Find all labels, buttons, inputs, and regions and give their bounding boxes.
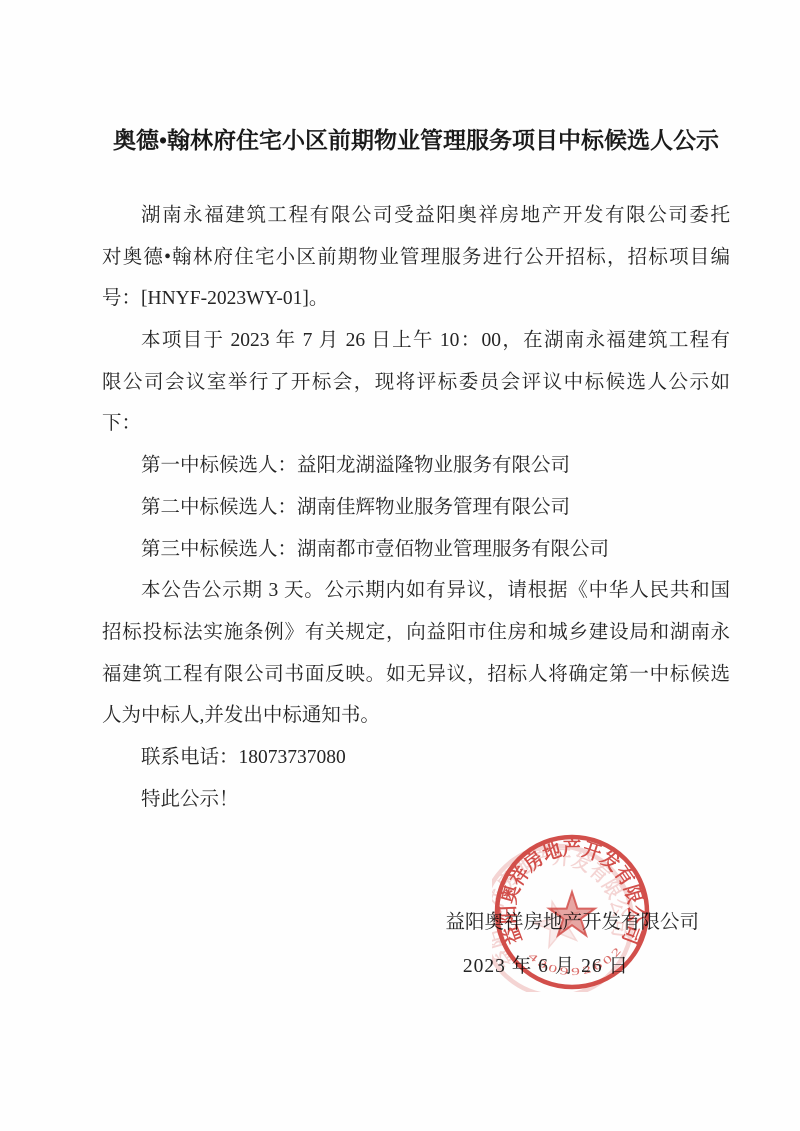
candidate-line: 第三中标候选人：湖南都市壹佰物业管理服务有限公司 bbox=[102, 529, 730, 571]
doc-line: 人为中标人,并发出中标通知书。 bbox=[102, 695, 730, 737]
document-page: 奥德•翰林府住宅小区前期物业管理服务项目中标候选人公示 湖南永福建筑工程有限公司… bbox=[0, 0, 800, 1131]
doc-line: 福建筑工程有限公司书面反映。如无异议，招标人将确定第一中标候选 bbox=[102, 654, 730, 696]
candidate-line: 第一中标候选人：益阳龙湖溢隆物业服务有限公司 bbox=[102, 445, 730, 487]
closing-line: 特此公示！ bbox=[102, 779, 730, 821]
signature-company: 益阳奥祥房地产开发有限公司 bbox=[102, 902, 730, 944]
signature-date: 2023 年 6 月 26 日 bbox=[102, 946, 730, 988]
doc-line: 招标投标法实施条例》有关规定，向益阳市住房和城乡建设局和湖南永 bbox=[102, 612, 730, 654]
signature-block: 益阳奥祥房地产开发有限公司 2023 年 6 月 26 日 bbox=[102, 902, 730, 987]
candidate-line: 第二中标候选人：湖南佳辉物业服务管理有限公司 bbox=[102, 487, 730, 529]
doc-line: 号：[HNYF-2023WY-01]。 bbox=[102, 278, 730, 320]
doc-line: 湖南永福建筑工程有限公司受益阳奥祥房地产开发有限公司委托 bbox=[102, 195, 730, 237]
doc-line: 本公告公示期 3 天。公示期内如有异议，请根据《中华人民共和国 bbox=[102, 570, 730, 612]
doc-line: 限公司会议室举行了开标会，现将评标委员会评议中标候选人公示如 bbox=[102, 362, 730, 404]
page-title: 奥德•翰林府住宅小区前期物业管理服务项目中标候选人公示 bbox=[102, 124, 730, 158]
doc-line: 下： bbox=[102, 403, 730, 445]
doc-line: 对奥德•翰林府住宅小区前期物业管理服务进行公开招标，招标项目编 bbox=[102, 237, 730, 279]
document-body: 湖南永福建筑工程有限公司受益阳奥祥房地产开发有限公司委托 对奥德•翰林府住宅小区… bbox=[102, 195, 730, 820]
contact-phone-line: 联系电话：18073737080 bbox=[102, 737, 730, 779]
doc-line: 本项目于 2023 年 7 月 26 日上午 10：00，在湖南永福建筑工程有 bbox=[102, 320, 730, 362]
